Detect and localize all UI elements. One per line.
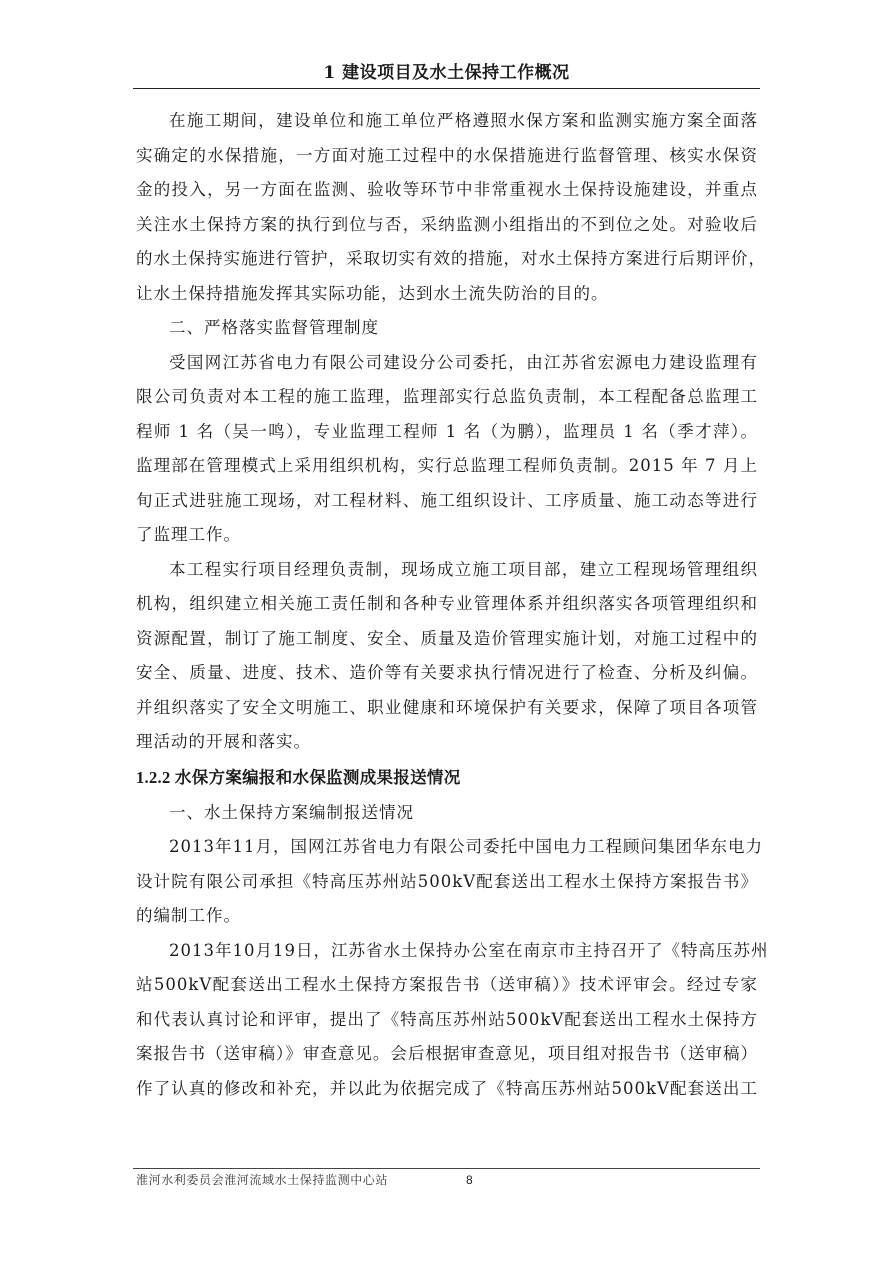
text-line: 的编制工作。 (136, 899, 758, 934)
text-line: 关注水土保持方案的执行到位与否，采纳监测小组指出的不到位之处。对验收后 (136, 208, 758, 243)
text-line: 监理部在管理模式上采用组织机构，实行总监理工程师负责制。2015 年 7 月上 (136, 449, 758, 484)
text-line: 理活动的开展和落实。 (136, 725, 758, 760)
text-line: 安全、质量、进度、技术、造价等有关要求执行情况进行了检查、分析及纠偏。 (136, 656, 758, 691)
paragraph-project-manager: 本工程实行项目经理负责制，现场成立施工项目部，建立工程现场管理组织 机构，组织建… (136, 553, 758, 760)
text-line: 旬正式进驻施工现场，对工程材料、施工组织设计、工序质量、施工动态等进行 (136, 484, 758, 519)
text-line: 本工程实行项目经理负责制，现场成立施工项目部，建立工程现场管理组织 (136, 553, 758, 588)
text-line: 的水土保持实施进行管护，采取切实有效的措施，对水土保持方案进行后期评价， (136, 242, 758, 277)
text-line: 资源配置，制订了施工制度、安全、质量及造价管理实施计划，对施工过程中的 (136, 622, 758, 657)
paragraph-plan-commission: 2013年11月，国网江苏省电力有限公司委托中国电力工程顾问集团华东电力 设计院… (136, 830, 758, 934)
text-line: 受国网江苏省电力有限公司建设分公司委托，由江苏省宏源电力建设监理有 (136, 346, 758, 381)
text-line: 金的投入，另一方面在监测、验收等环节中非常重视水土保持设施建设，并重点 (136, 173, 758, 208)
text-line: 和代表认真讨论和评审，提出了《特高压苏州站500kV配套送出工程水土保持方 (136, 1003, 758, 1038)
text-line: 程师 1 名（吴一鸣），专业监理工程师 1 名（为鹏），监理员 1 名（季才萍）… (136, 415, 758, 450)
paragraph-supervision: 受国网江苏省电力有限公司建设分公司委托，由江苏省宏源电力建设监理有 限公司负责对… (136, 346, 758, 553)
section-heading-1-2-2: 1.2.2 水保方案编报和水保监测成果报送情况 (136, 760, 758, 796)
text-line: 并组织落实了安全文明施工、职业健康和环境保护有关要求，保障了项目各项管 (136, 691, 758, 726)
page-number: 8 (466, 1172, 473, 1188)
text-line: 实确定的水保措施，一方面对施工过程中的水保措施进行监督管理、核实水保资 (136, 139, 758, 174)
paragraph-construction-measures: 在施工期间，建设单位和施工单位严格遵照水保方案和监测实施方案全面落 实确定的水保… (136, 104, 758, 311)
header-rule (133, 88, 760, 89)
text-line: 了监理工作。 (136, 518, 758, 553)
text-line: 让水土保持措施发挥其实际功能，达到水土流失防治的目的。 (136, 277, 758, 312)
text-line: 在施工期间，建设单位和施工单位严格遵照水保方案和监测实施方案全面落 (136, 104, 758, 139)
footer-organization: 淮河水利委员会淮河流域水土保持监测中心站 (136, 1172, 388, 1188)
text-line: 案报告书（送审稿）》审查意见。会后根据审查意见，项目组对报告书（送审稿） (136, 1037, 758, 1072)
footer-rule (133, 1168, 760, 1169)
subheading-plan-submission: 一、水土保持方案编制报送情况 (136, 796, 758, 831)
chapter-title: 1 建设项目及水土保持工作概况 (133, 62, 760, 84)
text-line: 2013年10月19日，江苏省水土保持办公室在南京市主持召开了《特高压苏州 (136, 934, 758, 969)
text-line: 设计院有限公司承担《特高压苏州站500kV配套送出工程水土保持方案报告书》 (136, 865, 758, 900)
document-body: 在施工期间，建设单位和施工单位严格遵照水保方案和监测实施方案全面落 实确定的水保… (136, 104, 758, 1106)
text-line: 作了认真的修改和补充，并以此为依据完成了《特高压苏州站500kV配套送出工 (136, 1072, 758, 1107)
subheading-supervision-system: 二、严格落实监督管理制度 (136, 311, 758, 346)
paragraph-technical-review: 2013年10月19日，江苏省水土保持办公室在南京市主持召开了《特高压苏州 站5… (136, 934, 758, 1107)
text-line: 机构，组织建立相关施工责任制和各种专业管理体系并组织落实各项管理组织和 (136, 587, 758, 622)
text-line: 站500kV配套送出工程水土保持方案报告书（送审稿）》技术评审会。经过专家 (136, 968, 758, 1003)
text-line: 限公司负责对本工程的施工监理，监理部实行总监负责制，本工程配备总监理工 (136, 380, 758, 415)
text-line: 2013年11月，国网江苏省电力有限公司委托中国电力工程顾问集团华东电力 (136, 830, 758, 865)
